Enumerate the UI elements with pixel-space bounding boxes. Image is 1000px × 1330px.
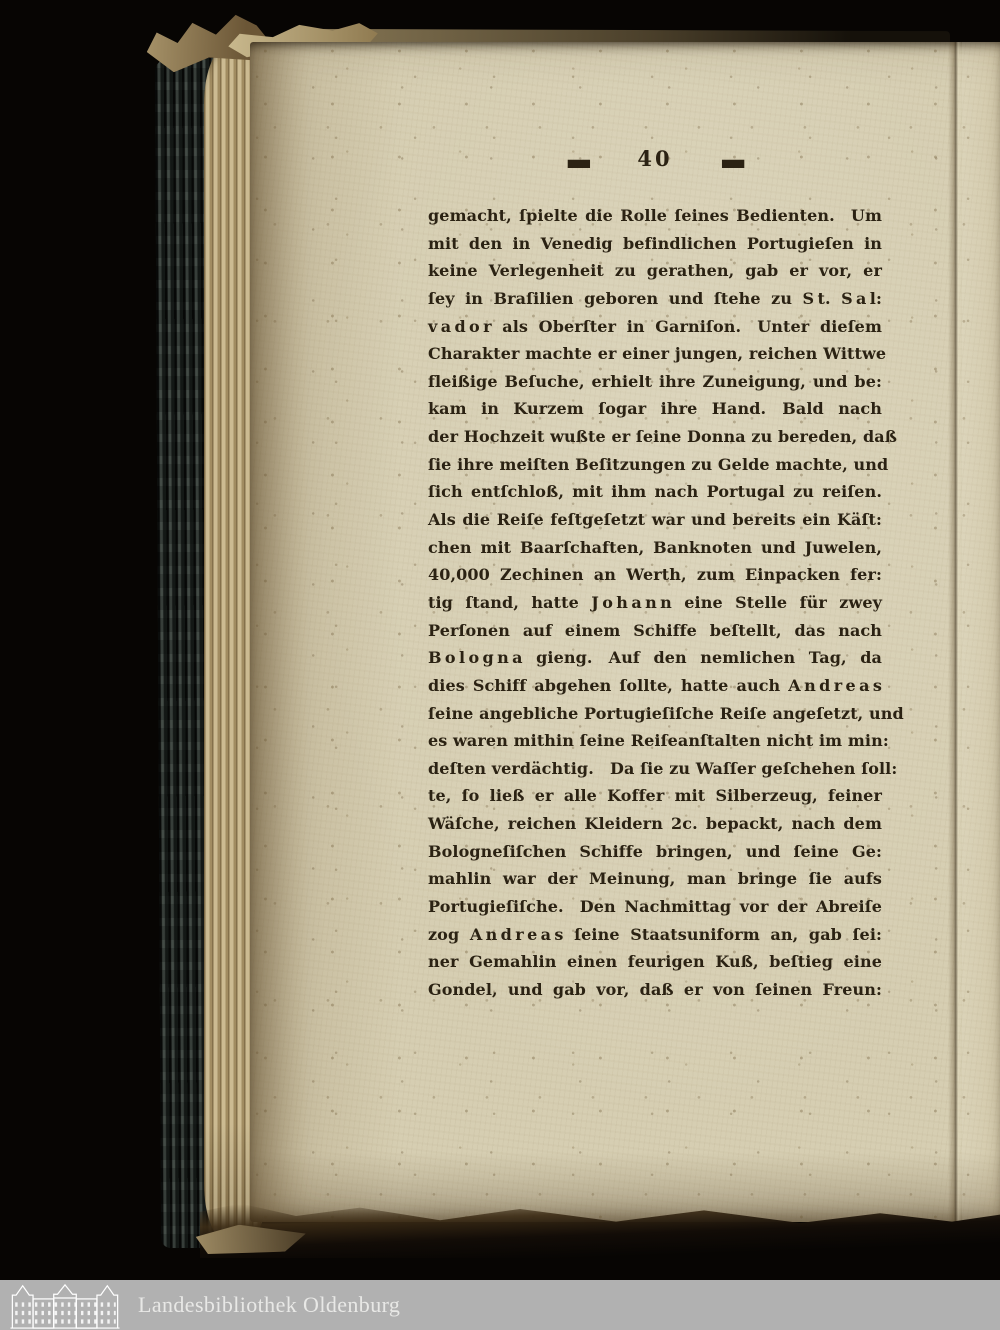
adjacent-page-edge — [962, 42, 1000, 1222]
text-line: mit den in Venedig befindlichen Portugie… — [428, 230, 882, 258]
text-line: kam in Kurzem ſogar ihre Hand. Bald nach — [428, 395, 882, 423]
text-line: ſie ihre meiſten Beſitzungen zu Gelde ma… — [428, 451, 882, 479]
text-line: gemacht, ſpielte die Rolle ſeines Bedien… — [428, 202, 882, 230]
text-line: B o l o g n a gieng. Auf den nemlichen T… — [428, 644, 882, 672]
text-line: v a d o r als Oberſter in Garniſon. Unte… — [428, 313, 882, 341]
text-line: ſey in Braſilien geboren und ſtehe zu S … — [428, 285, 882, 313]
text-line: deſten verdächtig. Da ſie zu Waſſer geſc… — [428, 755, 882, 783]
text-line: zog A n d r e a s ſeine Staatsuniform an… — [428, 921, 882, 949]
text-line: te, ſo ließ er alle Koffer mit Silberzeu… — [428, 782, 882, 810]
page-number: 40 — [637, 146, 672, 171]
library-name-label: Landesbibliothek Oldenburg — [138, 1292, 400, 1318]
text-line: chen mit Baarſchaften, Banknoten und Juw… — [428, 534, 882, 562]
library-building-icon — [8, 1282, 122, 1329]
page-fold-crease — [948, 42, 962, 1222]
text-line: ſeine angebliche Portugieſiſche Reiſe an… — [428, 700, 882, 728]
text-line: Bologneſiſchen Schiffe bringen, und ſein… — [428, 838, 882, 866]
text-line: Gondel, und gab vor, daß er von ſeinen F… — [428, 976, 882, 1004]
text-line: der Hochzeit wußte er ſeine Donna zu ber… — [428, 423, 882, 451]
text-line: Perſonen auf einem Schiffe beſtellt, das… — [428, 617, 882, 645]
text-line: mahlin war der Meinung, man bringe ſie a… — [428, 865, 882, 893]
text-line: ner Gemahlin einen feurigen Kuß, beſtieg… — [428, 948, 882, 976]
text-line: Portugieſiſche. Den Nachmittag vor der A… — [428, 893, 882, 921]
header-rule-left: — — [566, 123, 589, 193]
text-line: es waren mithin ſeine Reiſeanſtalten nic… — [428, 727, 882, 755]
text-line: Als die Reiſe feſtgeſetzt war und bereit… — [428, 506, 882, 534]
text-line: dies Schiff abgehen ſollte, hatte auch A… — [428, 672, 882, 700]
library-footer-bar: Landesbibliothek Oldenburg — [0, 1280, 1000, 1330]
text-line: 40,000 Zechinen an Werth, zum Einpacken … — [428, 561, 882, 589]
header-rule-right: — — [721, 123, 744, 193]
text-line: ſich entſchloß, mit ihm nach Portugal zu… — [428, 478, 882, 506]
text-line: keine Verlegenheit zu gerathen, gab er v… — [428, 257, 882, 285]
text-line: tig ſtand, hatte J o h a n n eine Stelle… — [428, 589, 882, 617]
book-scan-viewport: — 40 — gemacht, ſpielte die Rolle ſeines… — [0, 0, 1000, 1330]
page-header: — 40 — — [428, 141, 882, 175]
page-text-block: gemacht, ſpielte die Rolle ſeines Bedien… — [428, 202, 882, 1004]
text-line: Wäſche, reichen Kleidern 2c. bepackt, na… — [428, 810, 882, 838]
text-line: fleißige Beſuche, erhielt ihre Zuneigung… — [428, 368, 882, 396]
text-line: Charakter machte er einer jungen, reiche… — [428, 340, 882, 368]
